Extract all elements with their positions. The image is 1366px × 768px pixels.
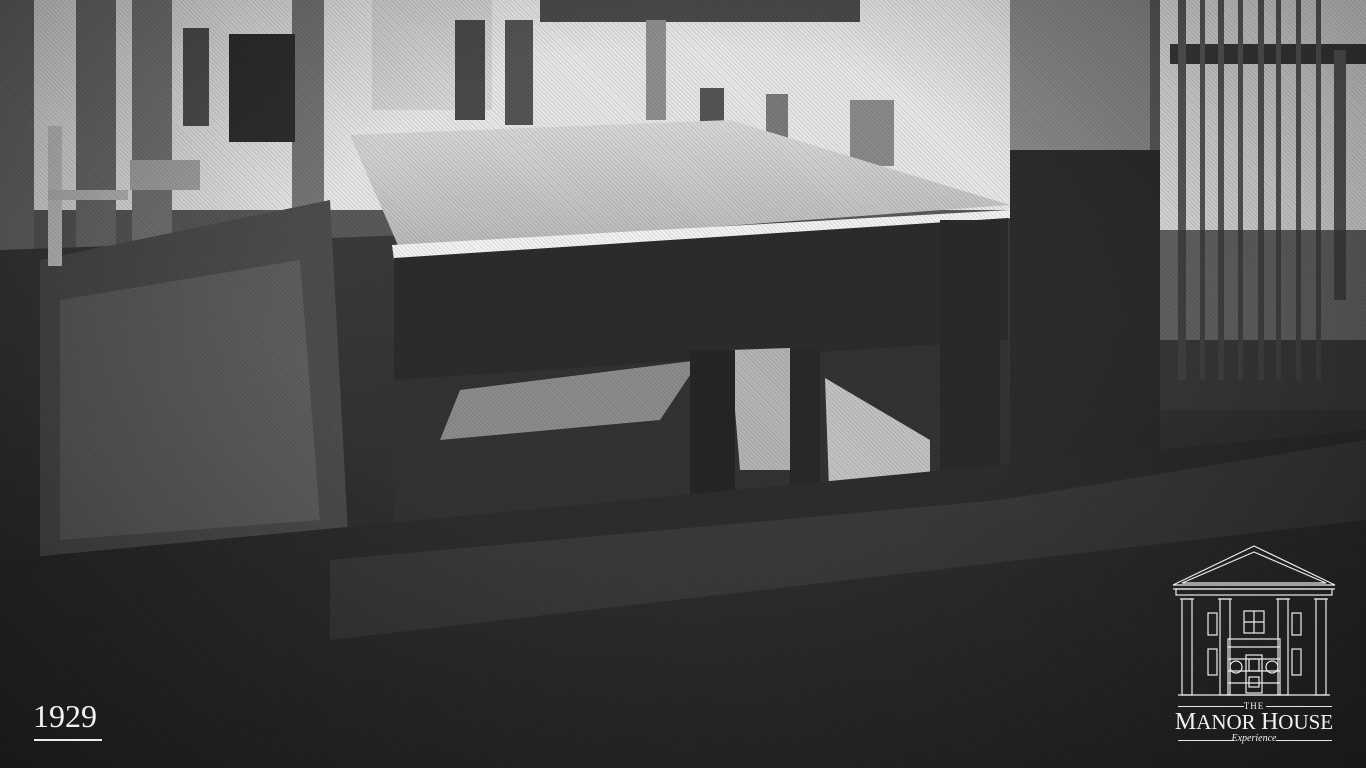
logo-ouse: OUSE [1278,710,1333,734]
logo-experience-text: Experience [1168,733,1340,744]
archival-photograph [0,0,1366,768]
logo-rule-right [1266,706,1332,707]
manor-house-logo: THE MANOR HOUSE Experience [1168,543,1340,753]
manor-house-facade-icon [1168,543,1340,699]
logo-cap-h: H [1261,709,1278,735]
logo-exp-rule-right [1276,740,1332,741]
logo-anor: ANOR [1196,710,1261,734]
photo-scene [0,0,1366,768]
logo-manor-house-text: MANOR HOUSE [1168,709,1340,736]
year-caption: 1929 [33,700,97,732]
logo-cap-m: M [1175,709,1196,735]
year-underline [34,739,102,741]
